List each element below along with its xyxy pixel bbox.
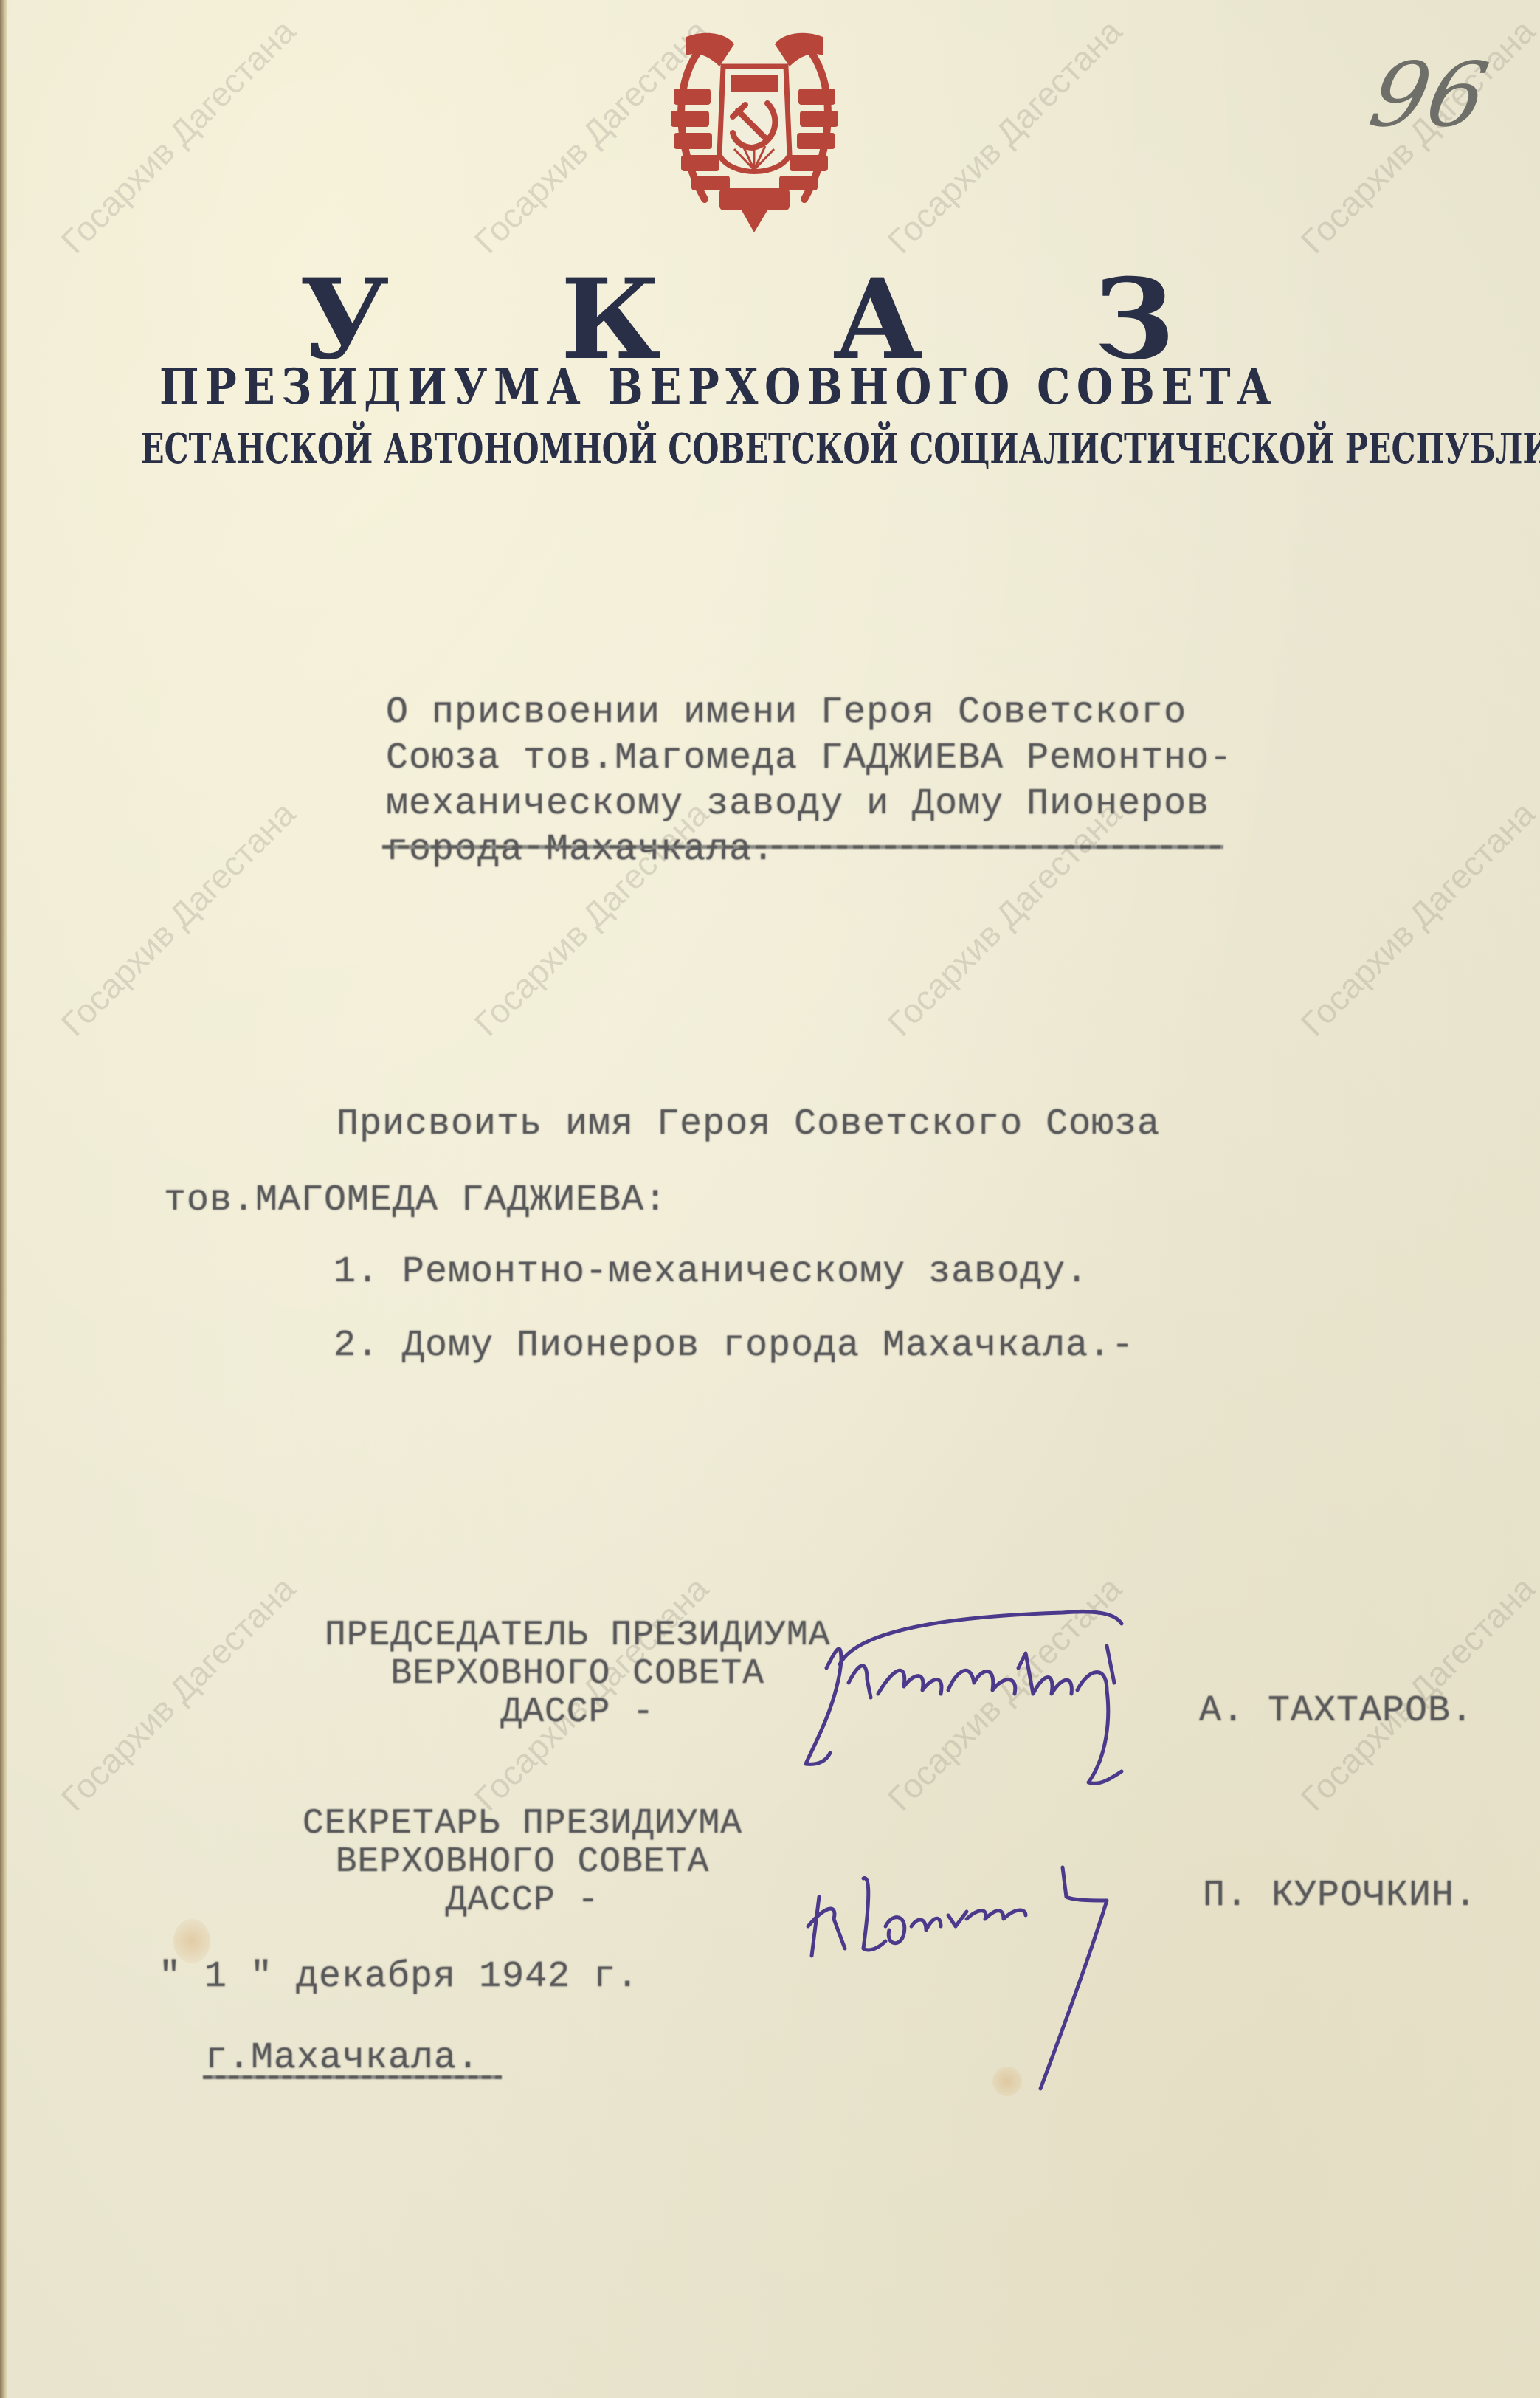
subject-line: О присвоении имени Героя Советского [386,690,1232,736]
chairman-signature-icon [797,1602,1195,1794]
subject-line: механическому заводу и Дому Пионеров [386,782,1232,827]
body-intro: Присвоить имя Героя Советского Союза [336,1103,1160,1145]
decree-place: г.Махачкала. [205,2037,480,2079]
subject-line: города Махачкала. [386,827,1232,873]
title-line: ДАССР - [325,1693,831,1732]
title-line: ДАССР - [303,1881,742,1920]
secretary-signature-icon [782,1845,1114,2096]
title-line: СЕКРЕТАРЬ ПРЕЗИДИУМА [303,1805,742,1843]
decree-date: " 1 " декабря 1942 г. [159,1956,639,1998]
body-item: 1. Ремонтно-механическому заводу. [334,1251,1088,1293]
watermark: Госархив Дагестана [53,793,303,1044]
watermark: Госархив Дагестана [53,1568,303,1819]
secretary-name: П. КУРОЧКИН. [1203,1875,1477,1917]
title-line: ВЕРХОВНОГО СОВЕТА [303,1843,742,1881]
decree-page: Госархив Дагестана Госархив Дагестана Го… [0,0,1540,2398]
watermark: Госархив Дагестана [1293,793,1540,1044]
subject-underline [382,845,1223,849]
secretary-title: СЕКРЕТАРЬ ПРЕЗИДИУМА ВЕРХОВНОГО СОВЕТА Д… [303,1805,742,1920]
body-item: 2. Дому Пионеров города Махачкала.- [334,1325,1134,1367]
place-underline [203,2075,502,2079]
body-addressee: тов.МАГОМЕДА ГАДЖИЕВА: [164,1179,667,1222]
header-republic: ЕСТАНСКОЙ АВТОНОМНОЙ СОВЕТСКОЙ СОЦИАЛИСТ… [141,424,1342,473]
title-line: ПРЕДСЕДАТЕЛЬ ПРЕЗИДИУМА [325,1616,831,1655]
coat-of-arms-icon [653,22,856,236]
chairman-name: А. ТАХТАРОВ. [1199,1690,1474,1732]
sheet-number: 96 [1361,44,1496,147]
title-line: ВЕРХОВНОГО СОВЕТА [325,1655,831,1693]
chairman-title: ПРЕДСЕДАТЕЛЬ ПРЕЗИДИУМА ВЕРХОВНОГО СОВЕТ… [325,1616,831,1732]
watermark: Госархив Дагестана [880,11,1130,261]
subject-line: Союза тов.Магомеда ГАДЖИЕВА Ремонтно- [386,736,1232,782]
watermark: Госархив Дагестана [53,11,303,261]
header-presidium: ПРЕЗИДИУМА ВЕРХОВНОГО СОВЕТА [56,358,1381,416]
